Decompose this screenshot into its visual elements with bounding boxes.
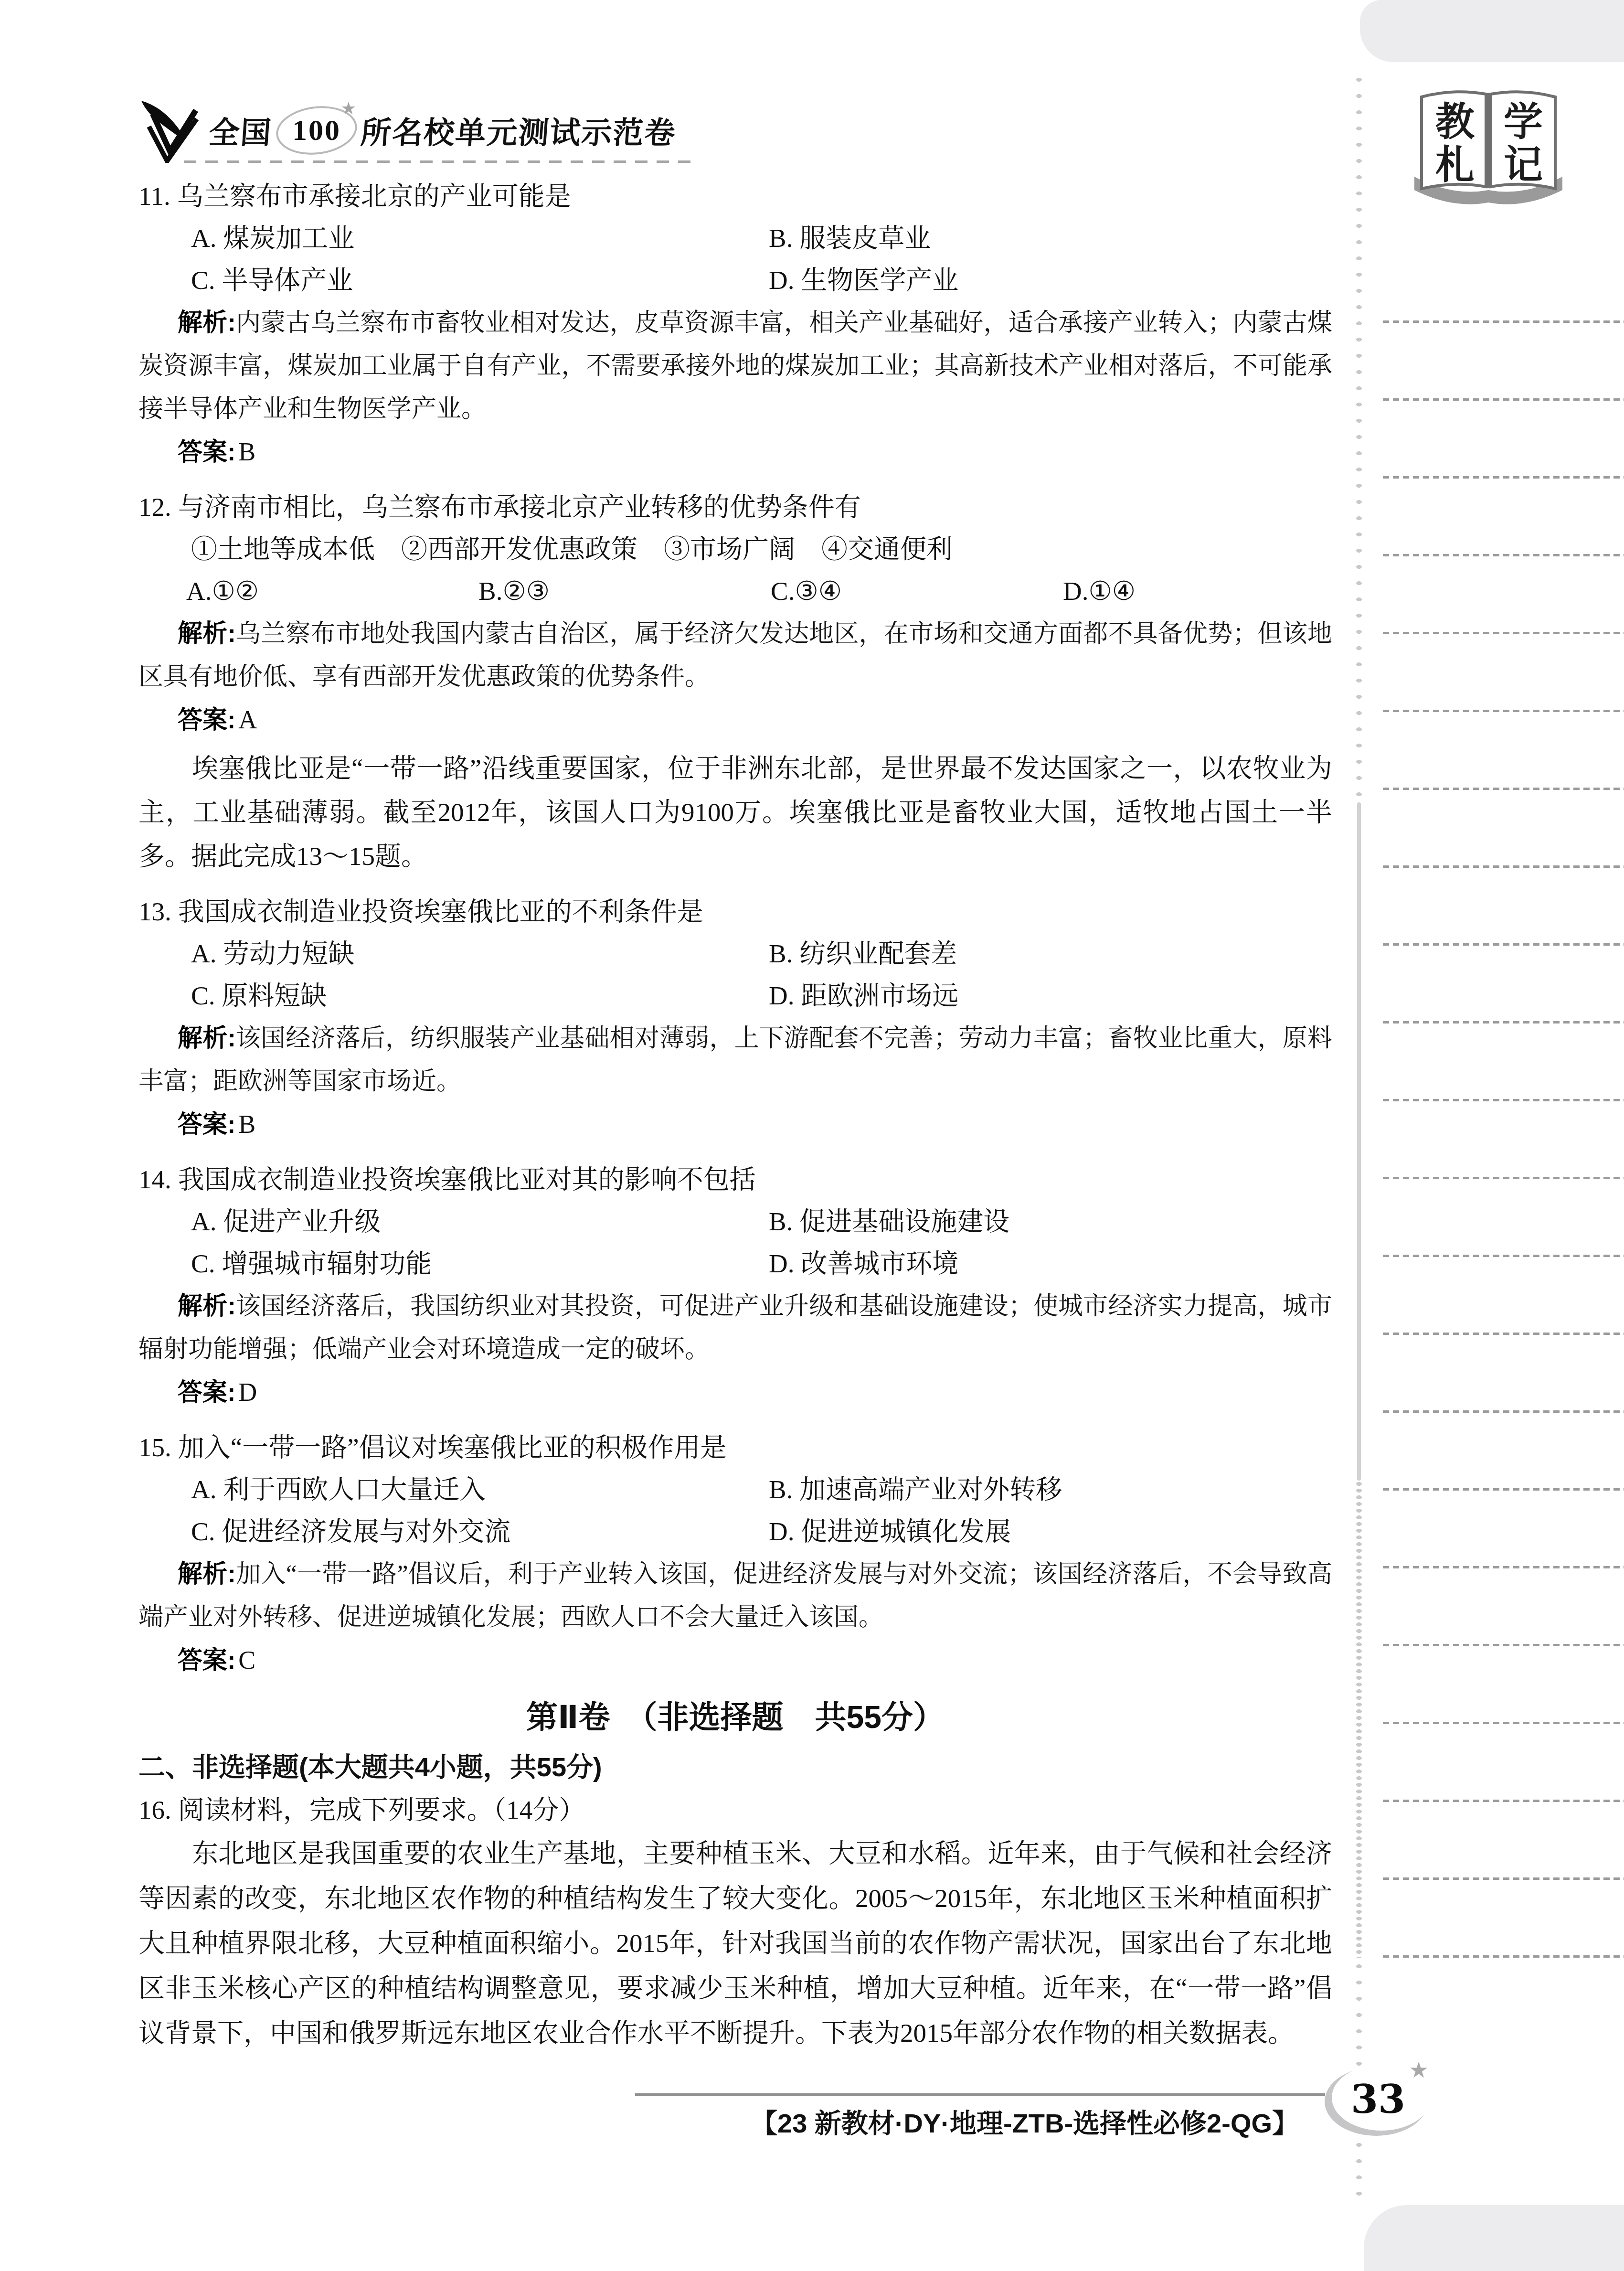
binding-dots-dense xyxy=(1356,1481,1362,1958)
question-text: 阅读材料，完成下列要求。（14分） xyxy=(178,1795,585,1824)
analysis-text: 内蒙古乌兰察布市畜牧业相对发达，皮草资源丰富，相关产业基础好，适合承接产业转入；… xyxy=(138,309,1332,423)
options-row: A. 促进产业升级 B. 促进基础设施建设 xyxy=(138,1201,1332,1243)
question-number: 16. xyxy=(138,1795,171,1824)
option-c: C.③④ xyxy=(771,570,1063,612)
options-row: A. 劳动力短缺 B. 纺织业配套差 xyxy=(138,933,1332,975)
answer: 答案:B xyxy=(138,1103,1332,1146)
option-b: B. 纺织业配套差 xyxy=(769,933,957,975)
note-line xyxy=(1383,1800,1624,1802)
question-text: 乌兰察布市承接北京的产业可能是 xyxy=(177,181,571,211)
question-11: 11.乌兰察布市承接北京的产业可能是 A. 煤炭加工业 B. 服装皮草业 C. … xyxy=(138,175,1332,474)
answer-letter: C xyxy=(235,1646,255,1674)
analysis-text: 该国经济落后，我国纺织业对其投资，可促进产业升级和基础设施建设；使城市经济实力提… xyxy=(138,1293,1332,1363)
note-line xyxy=(1383,398,1624,401)
note-lines xyxy=(1383,0,1624,2271)
answer-letter: B xyxy=(235,1110,255,1139)
note-line xyxy=(1383,943,1624,946)
brand-100-badge: 100 ★ xyxy=(279,108,354,152)
note-line xyxy=(1383,632,1624,634)
note-line xyxy=(1383,1021,1624,1024)
option-c: C. 原料短缺 xyxy=(191,975,769,1017)
footer-book-code: 【23 新教材·DY·地理-ZTB-选择性必修2-QG】 xyxy=(669,2102,1299,2141)
analysis-text: 该国经济落后，纺织服装产业基础相对薄弱，上下游配套不完善；劳动力丰富；畜牧业比重… xyxy=(138,1025,1332,1095)
passage-13-15: 埃塞俄比亚是“一带一路”沿线重要国家，位于非洲东北部，是世界最不发达国家之一，以… xyxy=(138,746,1332,878)
question-14: 14.我国成衣制造业投资埃塞俄比亚对其的影响不包括 A. 促进产业升级 B. 促… xyxy=(138,1159,1332,1414)
options-row: C. 增强城市辐射功能 D. 改善城市环境 xyxy=(138,1243,1332,1285)
binding-bar xyxy=(1357,802,1361,1481)
question-text: 我国成衣制造业投资埃塞俄比亚的不利条件是 xyxy=(178,897,703,926)
question-text: 加入“一带一路”倡议对埃塞俄比亚的积极作用是 xyxy=(178,1433,727,1462)
note-line xyxy=(1383,1644,1624,1646)
question-15: 15.加入“一带一路”倡议对埃塞俄比亚的积极作用是 A. 利于西欧人口大量迁入 … xyxy=(138,1427,1332,1682)
notes-book-icon: 教 学 札 记 xyxy=(1410,79,1567,217)
analysis-label: 解析: xyxy=(178,309,236,337)
analysis: 解析:该国经济落后，我国纺织业对其投资，可促进产业升级和基础设施建设；使城市经济… xyxy=(138,1285,1332,1371)
answer-label: 答案: xyxy=(178,706,235,734)
options-row: A. 利于西欧人口大量迁入 B. 加速高端产业对外转移 xyxy=(138,1469,1332,1511)
analysis-label: 解析: xyxy=(178,1292,236,1320)
note-line xyxy=(1383,710,1624,712)
page-number: 33 xyxy=(1351,2077,1405,2122)
brand-header: 全国 100 ★ 所名校单元测试示范卷 xyxy=(138,95,1332,166)
analysis-label: 解析: xyxy=(178,1560,236,1588)
note-line xyxy=(1383,1955,1624,1958)
option-d: D. 改善城市环境 xyxy=(769,1243,958,1285)
analysis-text: 乌兰察布市地处我国内蒙古自治区，属于经济欠发达地区，在市场和交通方面都不具备优势… xyxy=(138,620,1332,691)
note-line xyxy=(1383,788,1624,790)
main-content: 全国 100 ★ 所名校单元测试示范卷 11.乌兰察布市承接北京的产业可能是 A… xyxy=(138,0,1332,2056)
answer-letter: D xyxy=(235,1378,257,1407)
answer-label: 答案: xyxy=(178,1111,235,1139)
analysis: 解析:加入“一带一路”倡议后，利于产业转入该国，促进经济发展与对外交流；该国经济… xyxy=(138,1553,1332,1639)
option-d: D. 促进逆城镇化发展 xyxy=(769,1511,1011,1553)
analysis: 解析:乌兰察布市地处我国内蒙古自治区，属于经济欠发达地区，在市场和交通方面都不具… xyxy=(138,612,1332,699)
answer: 答案:D xyxy=(138,1371,1332,1414)
page-number-badge: 33 ★ xyxy=(1321,2058,1440,2141)
answer-letter: B xyxy=(235,437,255,466)
options-row: A.①② B.②③ C.③④ D.①④ xyxy=(138,570,1332,612)
options-row: C. 原料短缺 D. 距欧洲市场远 xyxy=(138,975,1332,1017)
answer-label: 答案: xyxy=(178,1379,235,1407)
option-b: B. 服装皮草业 xyxy=(769,217,931,259)
option-c: C. 增强城市辐射功能 xyxy=(191,1243,769,1285)
quill-shield-icon xyxy=(138,98,202,163)
note-line xyxy=(1383,1333,1624,1335)
numbered-subitems: ①土地等成本低 ②西部开发优惠政策 ③市场广阔 ④交通便利 xyxy=(138,528,1332,570)
answer: 答案:C xyxy=(138,1639,1332,1682)
analysis-text: 加入“一带一路”倡议后，利于产业转入该国，促进经济发展与对外交流；该国经济落后，… xyxy=(138,1561,1332,1631)
note-line xyxy=(1383,1177,1624,1179)
note-line xyxy=(1383,1488,1624,1491)
option-b: B.②③ xyxy=(478,570,771,612)
option-b: B. 加速高端产业对外转移 xyxy=(769,1469,1062,1511)
option-c: C. 促进经济发展与对外交流 xyxy=(191,1511,769,1553)
question-number: 11. xyxy=(138,181,170,211)
note-line xyxy=(1383,1722,1624,1724)
options-row: C. 半导体产业 D. 生物医学产业 xyxy=(138,259,1332,301)
analysis-label: 解析: xyxy=(178,620,236,648)
note-line xyxy=(1383,865,1624,868)
question-number: 14. xyxy=(138,1165,171,1194)
note-line xyxy=(1383,1410,1624,1413)
option-a: A.①② xyxy=(186,570,478,612)
brand-underline xyxy=(184,160,691,163)
question-number: 12. xyxy=(138,492,171,522)
option-d: D. 生物医学产业 xyxy=(769,259,958,301)
note-line xyxy=(1383,554,1624,556)
book-char-jiao: 教 xyxy=(1435,99,1475,145)
question-12: 12.与济南市相比，乌兰察布市承接北京产业转移的优势条件有 ①土地等成本低 ②西… xyxy=(138,486,1332,742)
option-c: C. 半导体产业 xyxy=(191,259,769,301)
analysis: 解析:该国经济落后，纺织服装产业基础相对薄弱，上下游配套不完善；劳动力丰富；畜牧… xyxy=(138,1017,1332,1103)
note-line xyxy=(1383,476,1624,479)
answer-label: 答案: xyxy=(178,1647,235,1674)
part2-heading: 二、非选择题(本大题共4小题，共55分) xyxy=(138,1745,1332,1789)
answer-label: 答案: xyxy=(178,438,235,466)
question-number: 15. xyxy=(138,1433,171,1462)
question-number: 13. xyxy=(138,897,171,926)
answer: 答案:A xyxy=(138,699,1332,742)
question-stem: 12.与济南市相比，乌兰察布市承接北京产业转移的优势条件有 xyxy=(138,486,1332,528)
option-d: D.①④ xyxy=(1063,570,1355,612)
material-paragraph: 东北地区是我国重要的农业生产基地，主要种植玉米、大豆和水稻。近年来，由于气候和社… xyxy=(138,1831,1332,2056)
question-stem: 15.加入“一带一路”倡议对埃塞俄比亚的积极作用是 xyxy=(138,1427,1332,1469)
option-d: D. 距欧洲市场远 xyxy=(769,975,958,1017)
question-stem: 16.阅读材料，完成下列要求。（14分） xyxy=(138,1789,1332,1831)
question-text: 与济南市相比，乌兰察布市承接北京产业转移的优势条件有 xyxy=(178,492,861,522)
question-text: 我国成衣制造业投资埃塞俄比亚对其的影响不包括 xyxy=(178,1165,756,1194)
note-line xyxy=(1383,1255,1624,1257)
analysis: 解析:内蒙古乌兰察布市畜牧业相对发达，皮草资源丰富，相关产业基础好，适合承接产业… xyxy=(138,301,1332,431)
exam-page: 教 学 札 记 33 ★ 全国 100 ★ 所名校单元测试示范卷 xyxy=(0,0,1624,2271)
option-b: B. 促进基础设施建设 xyxy=(769,1201,1009,1243)
answer-letter: A xyxy=(235,705,257,734)
book-char-xue: 学 xyxy=(1504,99,1543,145)
options-row: C. 促进经济发展与对外交流 D. 促进逆城镇化发展 xyxy=(138,1511,1332,1553)
binding-dots-top xyxy=(1356,72,1362,802)
option-a: A. 利于西欧人口大量迁入 xyxy=(191,1469,769,1511)
brand-prefix: 全国 xyxy=(208,108,274,152)
option-a: A. 劳动力短缺 xyxy=(191,933,769,975)
option-a: A. 促进产业升级 xyxy=(191,1201,769,1243)
part2-title: 第Ⅱ卷 （非选择题 共55分） xyxy=(138,1689,1332,1745)
brand-suffix: 所名校单元测试示范卷 xyxy=(360,108,678,152)
analysis-label: 解析: xyxy=(178,1024,236,1052)
question-16: 16.阅读材料，完成下列要求。（14分） 东北地区是我国重要的农业生产基地，主要… xyxy=(138,1789,1332,2056)
answer: 答案:B xyxy=(138,431,1332,474)
option-a: A. 煤炭加工业 xyxy=(191,217,769,259)
book-char-ji: 记 xyxy=(1504,142,1543,188)
footer-rule xyxy=(635,2093,1325,2096)
question-stem: 11.乌兰察布市承接北京的产业可能是 xyxy=(138,175,1332,217)
note-line xyxy=(1383,1099,1624,1101)
options-row: A. 煤炭加工业 B. 服装皮草业 xyxy=(138,217,1332,259)
note-line xyxy=(1383,1877,1624,1880)
badge-digits: 100 xyxy=(292,114,341,148)
note-line xyxy=(1383,1566,1624,1568)
question-stem: 14.我国成衣制造业投资埃塞俄比亚对其的影响不包括 xyxy=(138,1159,1332,1201)
note-line xyxy=(1383,320,1624,323)
badge-star-icon: ★ xyxy=(341,99,356,118)
badge-star-icon: ★ xyxy=(1409,2058,1428,2083)
book-char-zha: 札 xyxy=(1435,142,1475,188)
question-13: 13.我国成衣制造业投资埃塞俄比亚的不利条件是 A. 劳动力短缺 B. 纺织业配… xyxy=(138,891,1332,1146)
question-stem: 13.我国成衣制造业投资埃塞俄比亚的不利条件是 xyxy=(138,891,1332,933)
